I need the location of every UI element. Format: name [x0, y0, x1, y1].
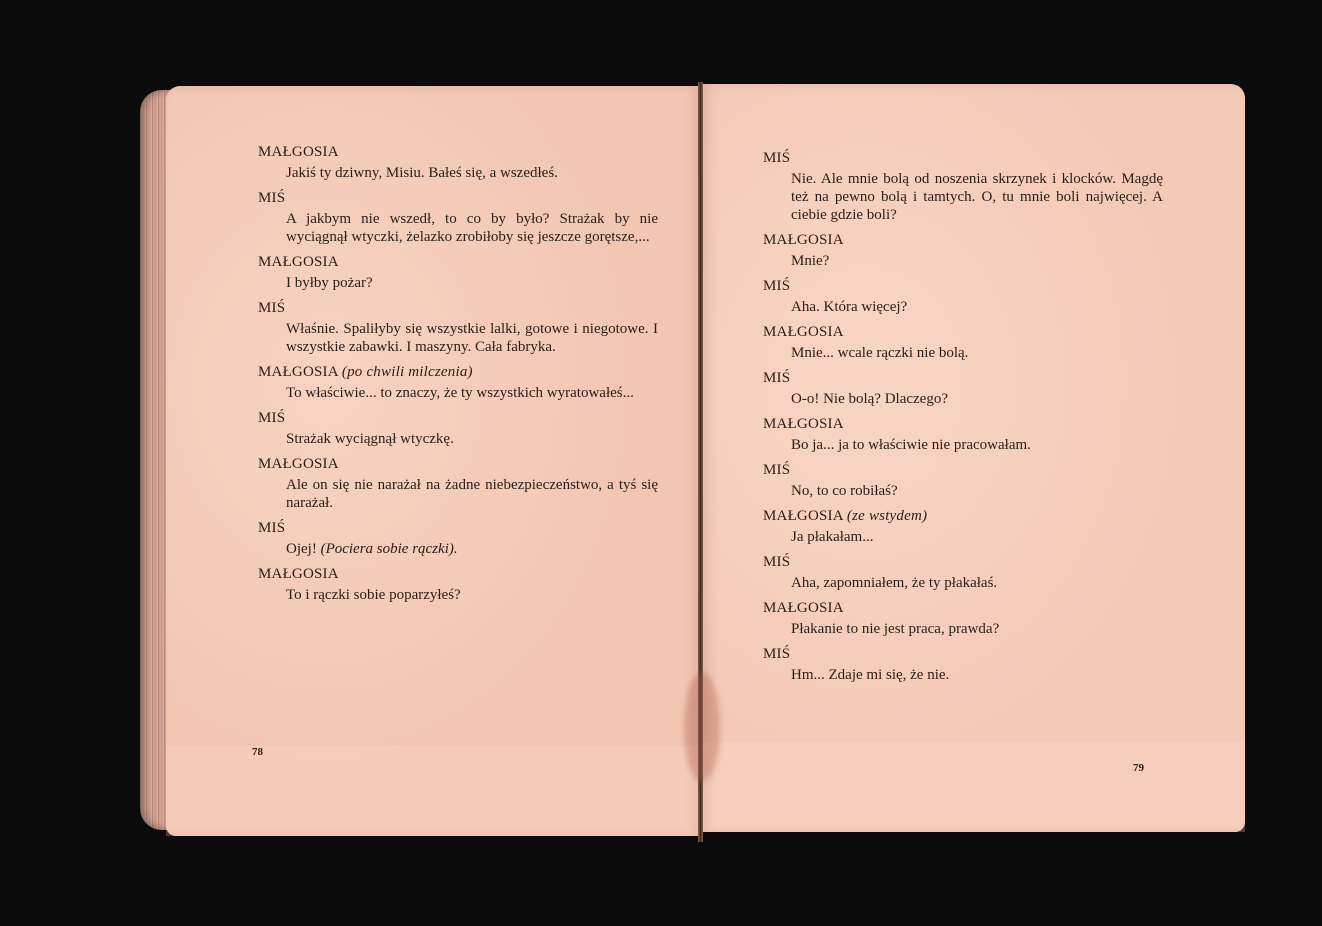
dialogue-entry: MIŚ Nie. Ale mnie bolą od noszenia skrzy… [763, 146, 1163, 224]
speaker-name: MAŁGOSIA [258, 562, 658, 586]
speaker-name: MAŁGOSIA [763, 320, 1163, 344]
speaker-name: MAŁGOSIA [763, 596, 1163, 620]
dialogue-line: O-o! Nie bolą? Dlaczego? [791, 390, 1163, 408]
stage-direction: (ze wstydem) [847, 508, 927, 524]
speaker-name: MIŚ [763, 366, 1163, 390]
dialogue-entry: MIŚ Aha. Która więcej? [763, 274, 1163, 316]
speaker-name: MAŁGOSIA (po chwili milczenia) [258, 360, 658, 384]
speaker-name: MIŚ [258, 296, 658, 320]
dialogue-entry: MIŚ Aha, zapomniałem, że ty płakałaś. [763, 550, 1163, 592]
dialogue-line: To i rączki sobie poparzyłeś? [286, 586, 658, 604]
dialogue-line: Właśnie. Spaliłyby się wszystkie lalki, … [286, 320, 658, 356]
dialogue-entry: MIŚ Strażak wyciągnął wtyczkę. [258, 406, 658, 448]
speaker-name: MIŚ [258, 516, 658, 540]
dialogue-line: I byłby pożar? [286, 274, 658, 292]
dialogue-line: Bo ja... ja to właściwie nie pracowałam. [791, 436, 1163, 454]
dialogue-entry: MIŚ No, to co robiłaś? [763, 458, 1163, 500]
dialogue-entry: MIŚ Ojej! (Pociera sobie rączki). [258, 516, 658, 558]
speaker-name: MIŚ [258, 186, 658, 210]
speaker-name: MIŚ [763, 458, 1163, 482]
stage-direction: (po chwili milczenia) [342, 364, 473, 380]
dialogue-line: Aha. Która więcej? [791, 298, 1163, 316]
dialogue-entry: MAŁGOSIA Bo ja... ja to właściwie nie pr… [763, 412, 1163, 454]
dialogue-entry: MAŁGOSIA (po chwili milczenia) To właści… [258, 360, 658, 402]
speaker-name: MAŁGOSIA [258, 250, 658, 274]
speaker-name: MAŁGOSIA (ze wstydem) [763, 504, 1163, 528]
dialogue-line: A jakbym nie wszedł, to co by było? Stra… [286, 210, 658, 246]
dialogue-entry: MIŚ Hm... Zdaje mi się, że nie. [763, 642, 1163, 684]
speaker-name: MIŚ [763, 274, 1163, 298]
dialogue-entry: MIŚ Właśnie. Spaliłyby się wszystkie lal… [258, 296, 658, 356]
stage-direction: (Pociera sobie rączki). [321, 541, 458, 557]
dialogue-entry: MAŁGOSIA (ze wstydem) Ja płakałam... [763, 504, 1163, 546]
left-page-dialogue: MAŁGOSIA Jakiś ty dziwny, Misiu. Bałeś s… [258, 140, 658, 608]
speaker-name: MIŚ [258, 406, 658, 430]
dialogue-line: Mnie... wcale rączki nie bolą. [791, 344, 1163, 362]
speaker-name: MAŁGOSIA [763, 412, 1163, 436]
speaker-name: MAŁGOSIA [258, 452, 658, 476]
dialogue-line: Ojej! (Pociera sobie rączki). [286, 540, 658, 558]
page-fold-band [703, 742, 1245, 832]
dialogue-line: Ale on się nie narażał na żadne niebezpi… [286, 476, 658, 512]
dialogue-entry: MIŚ O-o! Nie bolą? Dlaczego? [763, 366, 1163, 408]
dialogue-entry: MIŚ A jakbym nie wszedł, to co by było? … [258, 186, 658, 246]
water-stain [684, 672, 720, 782]
dialogue-line: No, to co robiłaś? [791, 482, 1163, 500]
dialogue-line: Płakanie to nie jest praca, prawda? [791, 620, 1163, 638]
dialogue-entry: MAŁGOSIA Mnie... wcale rączki nie bolą. [763, 320, 1163, 362]
dialogue-entry: MAŁGOSIA Mnie? [763, 228, 1163, 270]
page-number: 79 [1133, 762, 1144, 774]
speaker-name: MIŚ [763, 550, 1163, 574]
dialogue-line: Nie. Ale mnie bolą od noszenia skrzynek … [791, 170, 1163, 224]
left-page: MAŁGOSIA Jakiś ty dziwny, Misiu. Bałeś s… [166, 86, 700, 836]
speaker-name: MAŁGOSIA [258, 140, 658, 164]
dialogue-line: Strażak wyciągnął wtyczkę. [286, 430, 658, 448]
dialogue-entry: MAŁGOSIA Ale on się nie narażał na żadne… [258, 452, 658, 512]
right-page: MIŚ Nie. Ale mnie bolą od noszenia skrzy… [703, 84, 1245, 832]
speaker-name: MIŚ [763, 146, 1163, 170]
dialogue-line: Ja płakałam... [791, 528, 1163, 546]
dialogue-entry: MAŁGOSIA I byłby pożar? [258, 250, 658, 292]
dialogue-line: Jakiś ty dziwny, Misiu. Bałeś się, a wsz… [286, 164, 658, 182]
page-number: 78 [252, 746, 263, 758]
dialogue-line: To właściwie... to znaczy, że ty wszystk… [286, 384, 658, 402]
speaker-name: MIŚ [763, 642, 1163, 666]
open-book: MAŁGOSIA Jakiś ty dziwny, Misiu. Bałeś s… [140, 82, 1245, 842]
speaker-name: MAŁGOSIA [763, 228, 1163, 252]
right-page-dialogue: MIŚ Nie. Ale mnie bolą od noszenia skrzy… [763, 146, 1163, 688]
dialogue-line: Hm... Zdaje mi się, że nie. [791, 666, 1163, 684]
page-fold-band [166, 746, 700, 836]
dialogue-entry: MAŁGOSIA To i rączki sobie poparzyłeś? [258, 562, 658, 604]
dialogue-entry: MAŁGOSIA Jakiś ty dziwny, Misiu. Bałeś s… [258, 140, 658, 182]
dialogue-line: Mnie? [791, 252, 1163, 270]
dialogue-entry: MAŁGOSIA Płakanie to nie jest praca, pra… [763, 596, 1163, 638]
dialogue-line: Aha, zapomniałem, że ty płakałaś. [791, 574, 1163, 592]
